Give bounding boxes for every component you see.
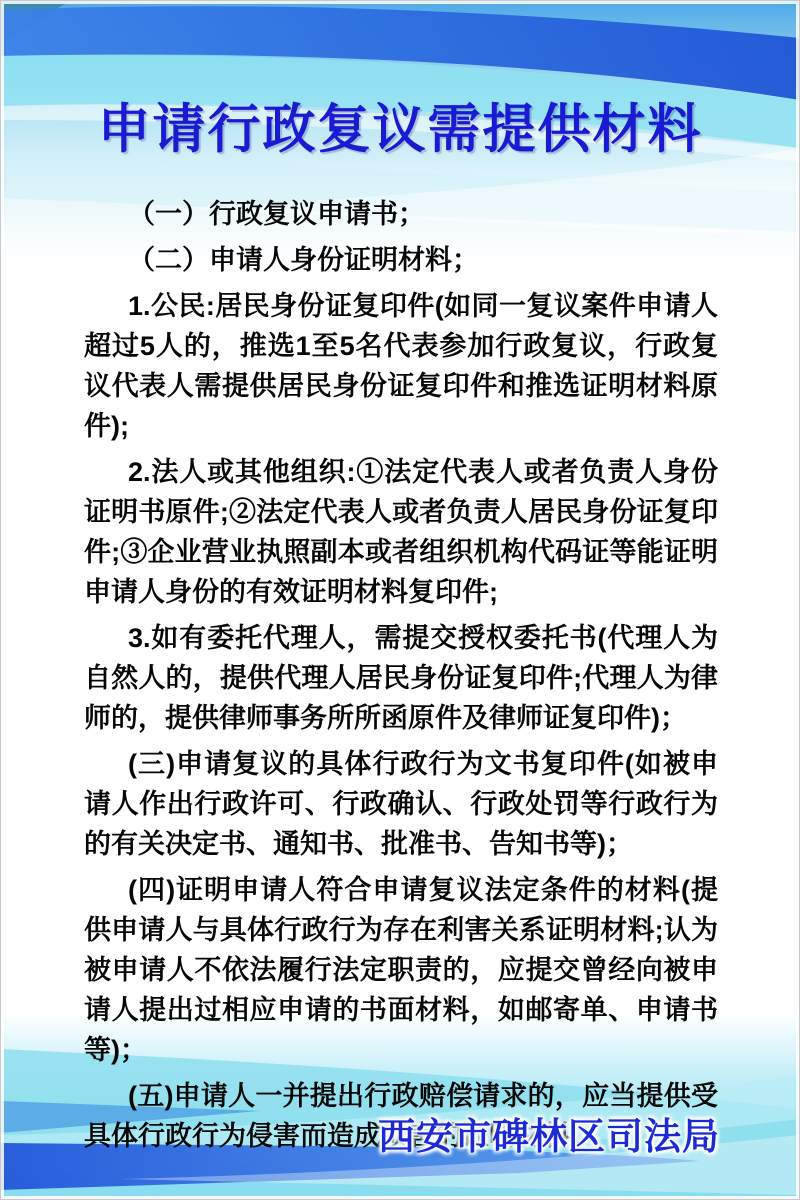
body-paragraphs: （一）行政复议申请书； （二）申请人身份证明材料； 1.公民:居民身份证复印件(… [84, 194, 718, 1162]
paragraph-4: 2.法人或其他组织:①法定代表人或者负责人身份证明书原件;②法定代表人或者负责人… [84, 452, 718, 612]
paragraph-7: (四)证明申请人符合申请复议法定条件的材料(提供申请人与具体行政行为存在利害关系… [84, 870, 718, 1070]
page-title: 申请行政复议需提供材料 [0, 100, 800, 160]
paragraph-2: （二）申请人身份证明材料； [84, 240, 718, 280]
poster-page: 申请行政复议需提供材料 （一）行政复议申请书； （二）申请人身份证明材料； 1.… [0, 0, 800, 1200]
paragraph-6: (三)申请复议的具体行政行为文书复印件(如被申请人作出行政许可、行政确认、行政处… [84, 744, 718, 864]
paragraph-3: 1.公民:居民身份证复印件(如同一复议案件申请人超过5人的，推选1至5名代表参加… [84, 286, 718, 446]
organization-name: 西安市碑林区司法局 [378, 1106, 720, 1160]
paragraph-5: 3.如有委托代理人，需提交授权委托书(代理人为自然人的，提供代理人居民身份证复印… [84, 618, 718, 738]
paragraph-1: （一）行政复议申请书； [84, 194, 718, 234]
